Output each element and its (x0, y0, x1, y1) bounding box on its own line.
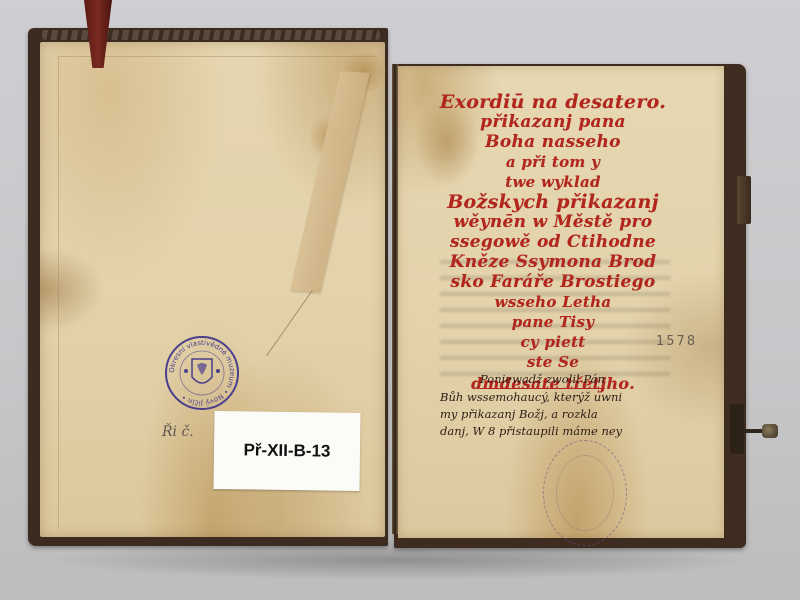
pencil-annotation: Ři č. (162, 424, 194, 440)
margin-date-note: 1578 (656, 334, 697, 349)
clasp-plate (730, 404, 744, 454)
title-line: twe wyklad (428, 172, 678, 192)
title-line: ssegowě od Ctihodne (428, 232, 678, 252)
body-line: Bůh wssemohaucý, kterýž uwni (440, 389, 690, 406)
title-line: Exordiū na desatero. (428, 92, 678, 112)
body-first-line: Poniewadž zwolil Pán (480, 371, 605, 389)
title-line: wěynēn w Městě pro (428, 212, 678, 232)
title-line: a při tom y (428, 152, 678, 172)
body-text: Poniewadž zwolil Pán Bůh wssemohaucý, kt… (440, 371, 690, 440)
museum-stamp-icon: Okresní vlastivědné muzeum • Nový Jičín … (164, 335, 240, 411)
title-line: ste Se (428, 352, 678, 372)
body-line: my přikazanj Božj, a rozkla (440, 406, 690, 423)
clasp-pin (744, 424, 780, 438)
clasp-rod (744, 429, 764, 433)
title-line: cy piett (428, 332, 678, 352)
clasp-catch (737, 176, 751, 224)
title-line: sko Faráře Brostiego (428, 272, 678, 292)
faded-museum-stamp (543, 440, 627, 546)
body-line: Poniewadž zwolil Pán (440, 371, 690, 389)
clasp-knob (762, 424, 778, 438)
title-line: pane Tisy (428, 312, 678, 332)
title-rubric: Exordiū na desatero. přikazanj pana Boha… (428, 92, 678, 394)
body-line: danj, W 8 přistaupili máme ney (440, 423, 690, 440)
title-line: wsseho Letha (428, 292, 678, 312)
title-line: Božskych přikazanj (428, 192, 678, 212)
title-line: Boha nasseho (428, 132, 678, 152)
title-line: Kněze Ssymona Brod (428, 252, 678, 272)
museum-stamp: Okresní vlastivědné muzeum • Nový Jičín … (164, 335, 240, 411)
faded-stamp-inner-ring (556, 455, 614, 531)
shelf-mark-label: Př-XII-B-13 (213, 411, 360, 491)
shelf-mark-text: Př-XII-B-13 (243, 440, 330, 461)
title-line: přikazanj pana (428, 112, 678, 132)
